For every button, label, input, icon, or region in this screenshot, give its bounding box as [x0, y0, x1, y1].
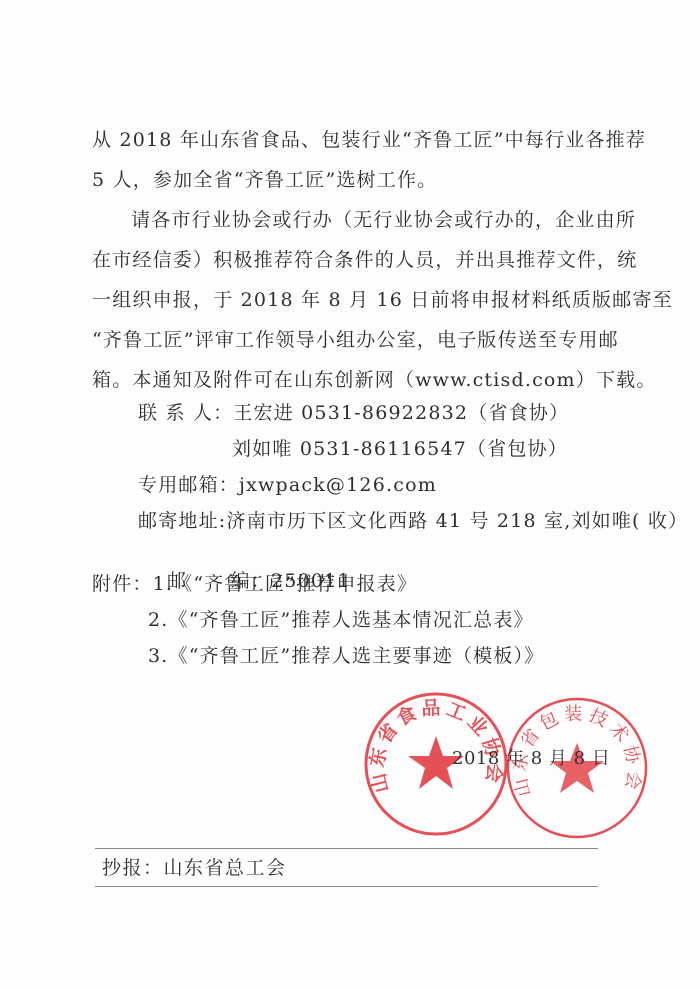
paragraph-1-line-1: 从 2018 年山东省食品、包装行业“齐鲁工匠”中每行业各推荐: [92, 128, 646, 152]
attachment-item-2: 2.《“齐鲁工匠”推荐人选基本情况汇总表》: [148, 608, 534, 632]
paragraph-2-line-4: “齐鲁工匠”评审工作领导小组办公室，电子版传送至专用邮: [92, 328, 619, 352]
paragraph-2-line-1: 请各市行业协会或行办（无行业协会或行办的，企业由所: [131, 208, 636, 232]
paragraph-2-line-3: 一组织申报，于 2018 年 8 月 16 日前将申报材料纸质版邮寄至: [92, 288, 673, 312]
attachments-row-1: 附件：1.《“齐鲁工匠”推荐申报表》: [92, 572, 417, 596]
cc-bottom-rule: [95, 886, 598, 887]
cc-recipient: 山东省总工会: [164, 857, 287, 879]
paragraph-1-line-2: 5 人，参加全省“齐鲁工匠”选树工作。: [92, 168, 437, 192]
email-label: 专用邮箱：: [138, 474, 239, 496]
cc-top-rule: [95, 848, 598, 849]
cc-row: 抄报：山东省总工会: [102, 856, 287, 880]
contact-name-1: 王宏进: [233, 402, 294, 424]
document-date: 2018 年 8 月 8 日: [452, 748, 610, 770]
contact-org-2: （省包协）: [467, 438, 568, 460]
attachment-item-3: 3.《“齐鲁工匠”推荐人选主要事迹（模板）》: [148, 644, 544, 668]
contact-org-1: （省食协）: [468, 402, 569, 424]
email-link[interactable]: jxwpack@126.com: [239, 474, 437, 496]
attachment-item-1: 1.《“齐鲁工匠”推荐申报表》: [153, 573, 418, 595]
contact-name-2: 刘如唯: [232, 438, 293, 460]
document-page: 从 2018 年山东省食品、包装行业“齐鲁工匠”中每行业各推荐 5 人，参加全省…: [0, 0, 700, 990]
contact-phone-2: 0531-86116547: [300, 438, 467, 460]
contact-row-1: 联 系 人：王宏进 0531-86922832（省食协）: [138, 401, 569, 425]
contact-phone-1: 0531-86922832: [301, 402, 468, 424]
attachments-label: 附件：: [92, 573, 153, 595]
address-value: 济南市历下区文化西路 41 号 218 室,刘如唯( 收）: [226, 510, 688, 532]
contact-label: 联 系 人：: [138, 402, 233, 424]
address-row: 邮寄地址:济南市历下区文化西路 41 号 218 室,刘如唯( 收）: [138, 509, 688, 533]
address-label: 邮寄地址:: [138, 510, 226, 532]
email-row: 专用邮箱：jxwpack@126.com: [138, 473, 437, 497]
contact-row-2: 刘如唯 0531-86116547（省包协）: [232, 437, 568, 461]
paragraph-2-line-5: 箱。本通知及附件可在山东创新网（www.ctisd.com）下载。: [92, 368, 657, 392]
cc-label: 抄报：: [102, 857, 164, 879]
paragraph-2-line-2: 在市经信委）积极推荐符合条件的人员，并出具推荐文件，统: [92, 248, 637, 272]
